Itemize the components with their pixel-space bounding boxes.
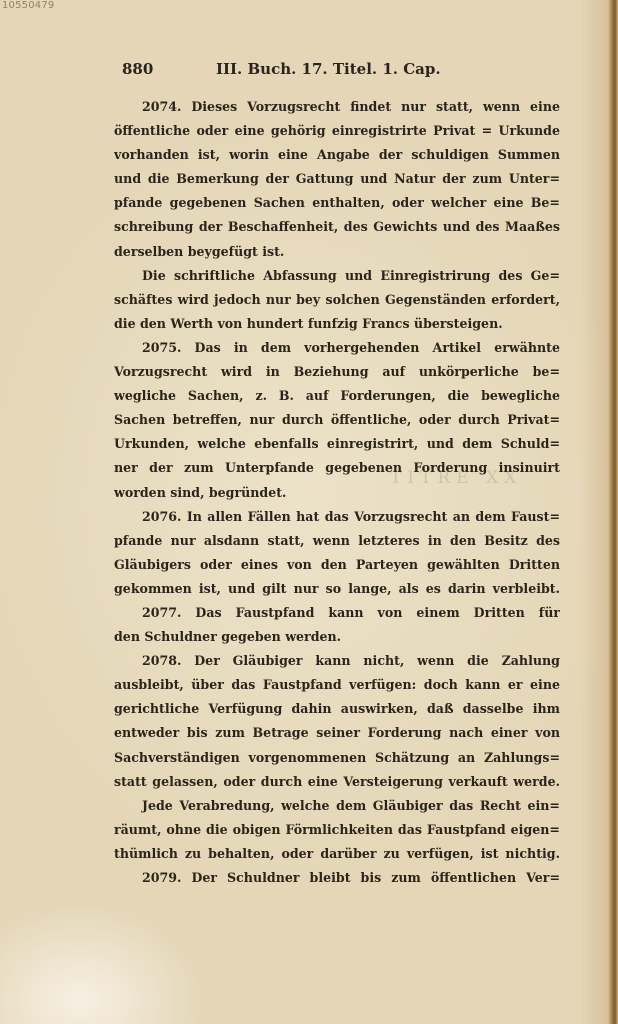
paragraph-article-2074: 2074. Dieses Vorzugsrecht findet nur sta… [114,95,560,264]
section-heading: III. Buch. 17. Titel. 1. Cap. [216,60,441,78]
paragraph-article-2077: 2077. Das Faustpfand kann von einem Drit… [114,601,560,649]
text-line: ner der zum Unterpfande gegebenen Forder… [114,456,560,480]
paragraph-article-2078: 2078. Der Gläubiger kann nicht, wenn die… [114,649,560,794]
text-line: öffentliche oder eine gehörig einregistr… [114,119,560,143]
text-line: pfande nur alsdann statt, wenn letzteres… [114,529,560,553]
text-line: und die Bemerkung der Gattung und Natur … [114,167,560,191]
book-spine-edge [608,0,618,1024]
text-line: pfande gegebenen Sachen enthalten, oder … [114,191,560,215]
text-line: 2075. Das in dem vorhergehenden Artikel … [114,336,560,360]
text-line: Urkunden, welche ebenfalls einregistrirt… [114,432,560,456]
text-line: entweder bis zum Betrage seiner Forderun… [114,721,560,745]
text-line: Vorzugsrecht wird in Beziehung auf unkör… [114,360,560,384]
paragraph-2078-continued: Jede Verabredung, welche dem Gläubiger d… [114,794,560,866]
text-line: Gläubigers oder eines von den Parteyen g… [114,553,560,577]
paragraph-2074-continued: Die schriftliche Abfassung und Einregist… [114,264,560,336]
text-line: thümlich zu behalten, oder darüber zu ve… [114,842,560,866]
paragraph-article-2079: 2079. Der Schuldner bleibt bis zum öffen… [114,866,560,890]
text-line: Jede Verabredung, welche dem Gläubiger d… [114,794,560,818]
paragraph-article-2075: 2075. Das in dem vorhergehenden Artikel … [114,336,560,505]
text-line: vorhanden ist, worin eine Angabe der sch… [114,143,560,167]
text-line: 2078. Der Gläubiger kann nicht, wenn die… [114,649,560,673]
text-line: den Schuldner gegeben werden. [114,625,560,649]
text-line: ausbleibt, über das Faustpfand verfügen:… [114,673,560,697]
text-line: worden sind, begründet. [114,481,560,505]
paragraph-article-2076: 2076. In allen Fällen hat das Vorzugsrec… [114,505,560,601]
text-line: Sachverständigen vorgenommenen Schätzung… [114,746,560,770]
text-line: schreibung der Beschaffenheit, des Gewic… [114,215,560,239]
page-gutter-shadow [580,0,608,1024]
text-line: 2077. Das Faustpfand kann von einem Drit… [114,601,560,625]
text-line: 2076. In allen Fällen hat das Vorzugsrec… [114,505,560,529]
text-line: 2079. Der Schuldner bleibt bis zum öffen… [114,866,560,890]
text-line: Die schriftliche Abfassung und Einregist… [114,264,560,288]
text-line: gerichtliche Verfügung dahin auswirken, … [114,697,560,721]
running-header: 880 III. Buch. 17. Titel. 1. Cap. [122,60,482,82]
text-line: 2074. Dieses Vorzugsrecht findet nur sta… [114,95,560,119]
text-line: schäftes wird jedoch nur bey solchen Geg… [114,288,560,312]
scan-id-label: 10550479 [2,0,55,11]
scanned-page: 10550479 880 III. Buch. 17. Titel. 1. Ca… [0,0,618,1024]
text-line: gekommen ist, und gilt nur so lange, als… [114,577,560,601]
text-line: derselben beygefügt ist. [114,240,560,264]
body-text: 2074. Dieses Vorzugsrecht findet nur sta… [114,95,560,890]
text-line: statt gelassen, oder durch eine Versteig… [114,770,560,794]
text-line: die den Werth von hundert funfzig Francs… [114,312,560,336]
text-line: Sachen betreffen, nur durch öffentliche,… [114,408,560,432]
text-line: räumt, ohne die obigen Förmlichkeiten da… [114,818,560,842]
text-line: wegliche Sachen, z. B. auf Forderungen, … [114,384,560,408]
page-number: 880 [122,60,153,78]
